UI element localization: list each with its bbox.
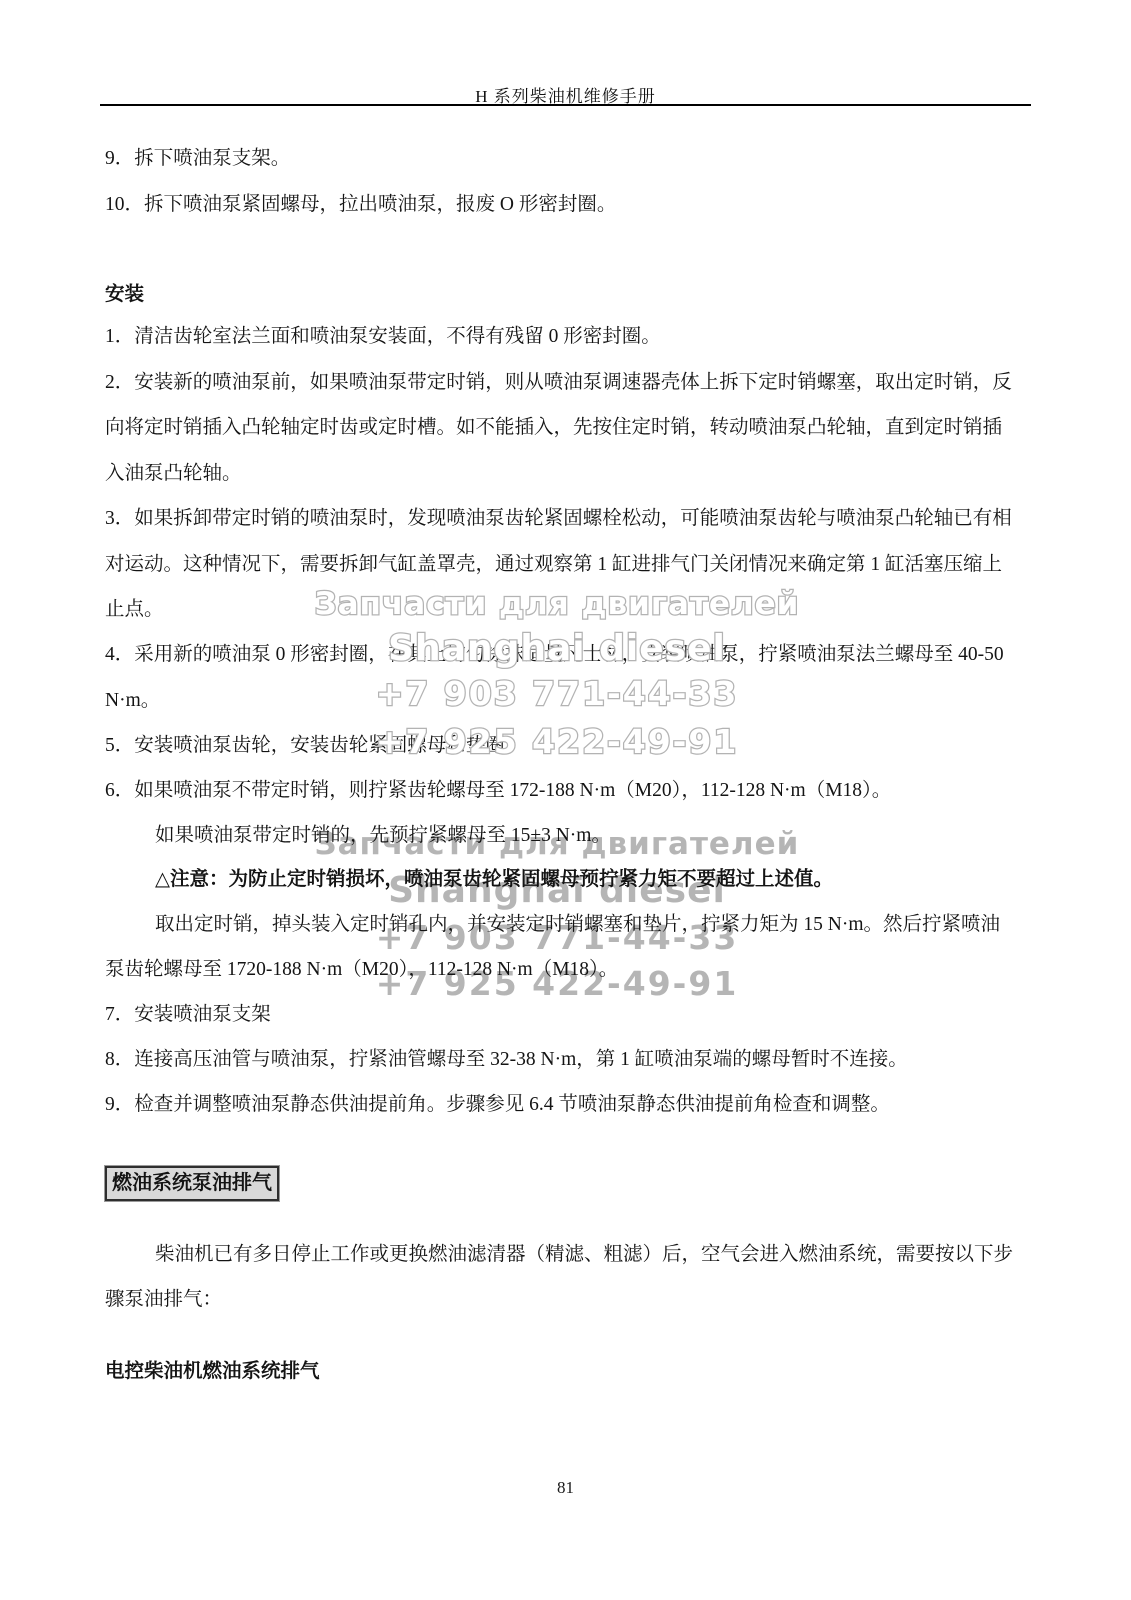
boxed-heading-wrap: 燃油系统泵油排气 — [105, 1166, 1035, 1201]
install-step-3-l1: 3．如果拆卸带定时销的喷油泵时，发现喷油泵齿轮紧固螺栓松动，可能喷油泵齿轮与喷油… — [105, 507, 1035, 531]
install-step-4-l1: 4．采用新的喷油泵 0 形密封圈，在其上均匀涂抹适量凡士林，安装喷油泵，拧紧喷油… — [105, 643, 1035, 667]
install-step-8: 8．连接高压油管与喷油泵，拧紧油管螺母至 32-38 N·m，第 1 缸喷油泵端… — [105, 1048, 1035, 1072]
install-step-6-note2-l2: 泵齿轮螺母至 1720-188 N·m（M20），112-128 N·m（M18… — [105, 958, 1035, 982]
install-step-2-l2: 向将定时销插入凸轮轴定时齿或定时槽。如不能插入，先按住定时销，转动喷油泵凸轮轴，… — [105, 416, 1035, 440]
install-step-5: 5．安装喷油泵齿轮，安装齿轮紧固螺母和垫圈。 — [105, 734, 1035, 758]
page-number: 81 — [0, 1478, 1131, 1498]
caution-note: △注意：为防止定时销损坏，喷油泵齿轮紧固螺母预拧紧力矩不要超过上述值。 — [155, 868, 1085, 892]
fuel-bleed-intro-l1: 柴油机已有多日停止工作或更换燃油滤清器（精滤、粗滤）后，空气会进入燃油系统，需要… — [155, 1243, 1085, 1267]
section-heading-fuel-system-bleed: 燃油系统泵油排气 — [105, 1166, 279, 1201]
install-step-2-l1: 2．安装新的喷油泵前，如果喷油泵带定时销，则从喷油泵调速器壳体上拆下定时销螺塞，… — [105, 371, 1035, 395]
step-remove-10: 10．拆下喷油泵紧固螺母，拉出喷油泵，报废 O 形密封圈。 — [105, 193, 1035, 217]
install-step-9: 9．检查并调整喷油泵静态供油提前角。步骤参见 6.4 节喷油泵静态供油提前角检查… — [105, 1093, 1035, 1117]
install-step-2-l3: 入油泵凸轮轴。 — [105, 462, 1035, 486]
header-rule — [100, 104, 1031, 106]
install-step-3-l2: 对运动。这种情况下，需要拆卸气缸盖罩壳，通过观察第 1 缸进排气门关闭情况来确定… — [105, 553, 1035, 577]
install-step-6-note1: 如果喷油泵带定时销的，先预拧紧螺母至 15±3 N·m。 — [155, 824, 1085, 848]
subsection-heading-ecu-fuel-bleed: 电控柴油机燃油系统排气 — [105, 1360, 1035, 1384]
install-step-7: 7．安装喷油泵支架 — [105, 1003, 1035, 1027]
install-step-4-l2: N·m。 — [105, 689, 1035, 713]
manual-page: H 系列柴油机维修手册 9．拆下喷油泵支架。 10．拆下喷油泵紧固螺母，拉出喷油… — [0, 0, 1131, 1600]
install-step-3-l3: 止点。 — [105, 598, 1035, 622]
install-step-6-note2-l1: 取出定时销，掉头装入定时销孔内，并安装定时销螺塞和垫片，拧紧力矩为 15 N·m… — [155, 913, 1085, 937]
section-heading-install: 安装 — [105, 283, 1035, 307]
install-step-6: 6．如果喷油泵不带定时销，则拧紧齿轮螺母至 172-188 N·m（M20），1… — [105, 779, 1035, 803]
fuel-bleed-intro-l2: 骤泵油排气： — [105, 1288, 1035, 1312]
install-step-1: 1．清洁齿轮室法兰面和喷油泵安装面，不得有残留 0 形密封圈。 — [105, 325, 1035, 349]
step-remove-9: 9．拆下喷油泵支架。 — [105, 147, 1035, 171]
